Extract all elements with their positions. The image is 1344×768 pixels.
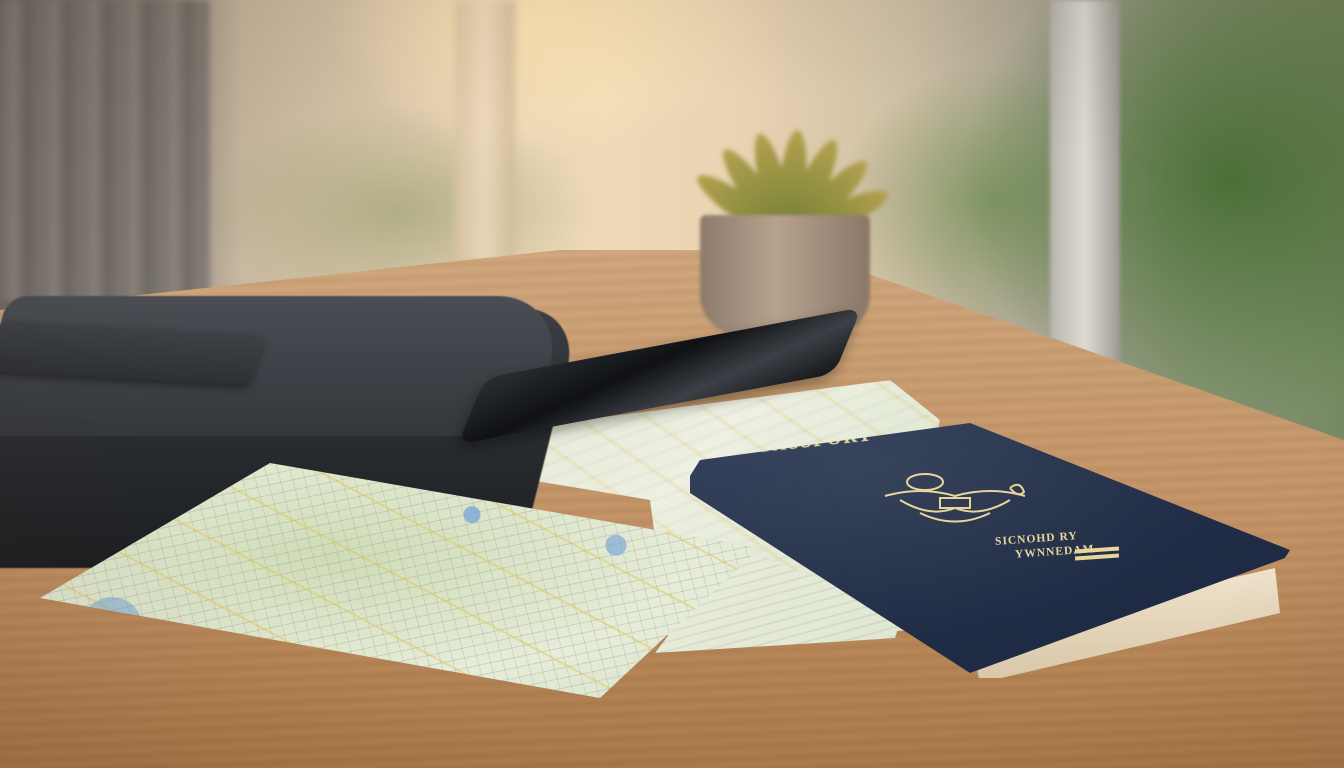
passport-chip-symbol-icon (1075, 548, 1119, 562)
curtain (0, 0, 210, 300)
eagle-emblem-icon (880, 468, 1030, 533)
window-frame (1050, 0, 1120, 390)
passport-cover: PASSPORT SICNOHD RY YWNNEDAM (690, 418, 1290, 673)
window-mullion (455, 0, 515, 260)
passport-title: PASSPORT (759, 424, 874, 458)
photo-scene: PASSPORT SICNOHD RY YWNNEDAM (0, 0, 1344, 768)
passport: PASSPORT SICNOHD RY YWNNEDAM (690, 418, 1300, 688)
